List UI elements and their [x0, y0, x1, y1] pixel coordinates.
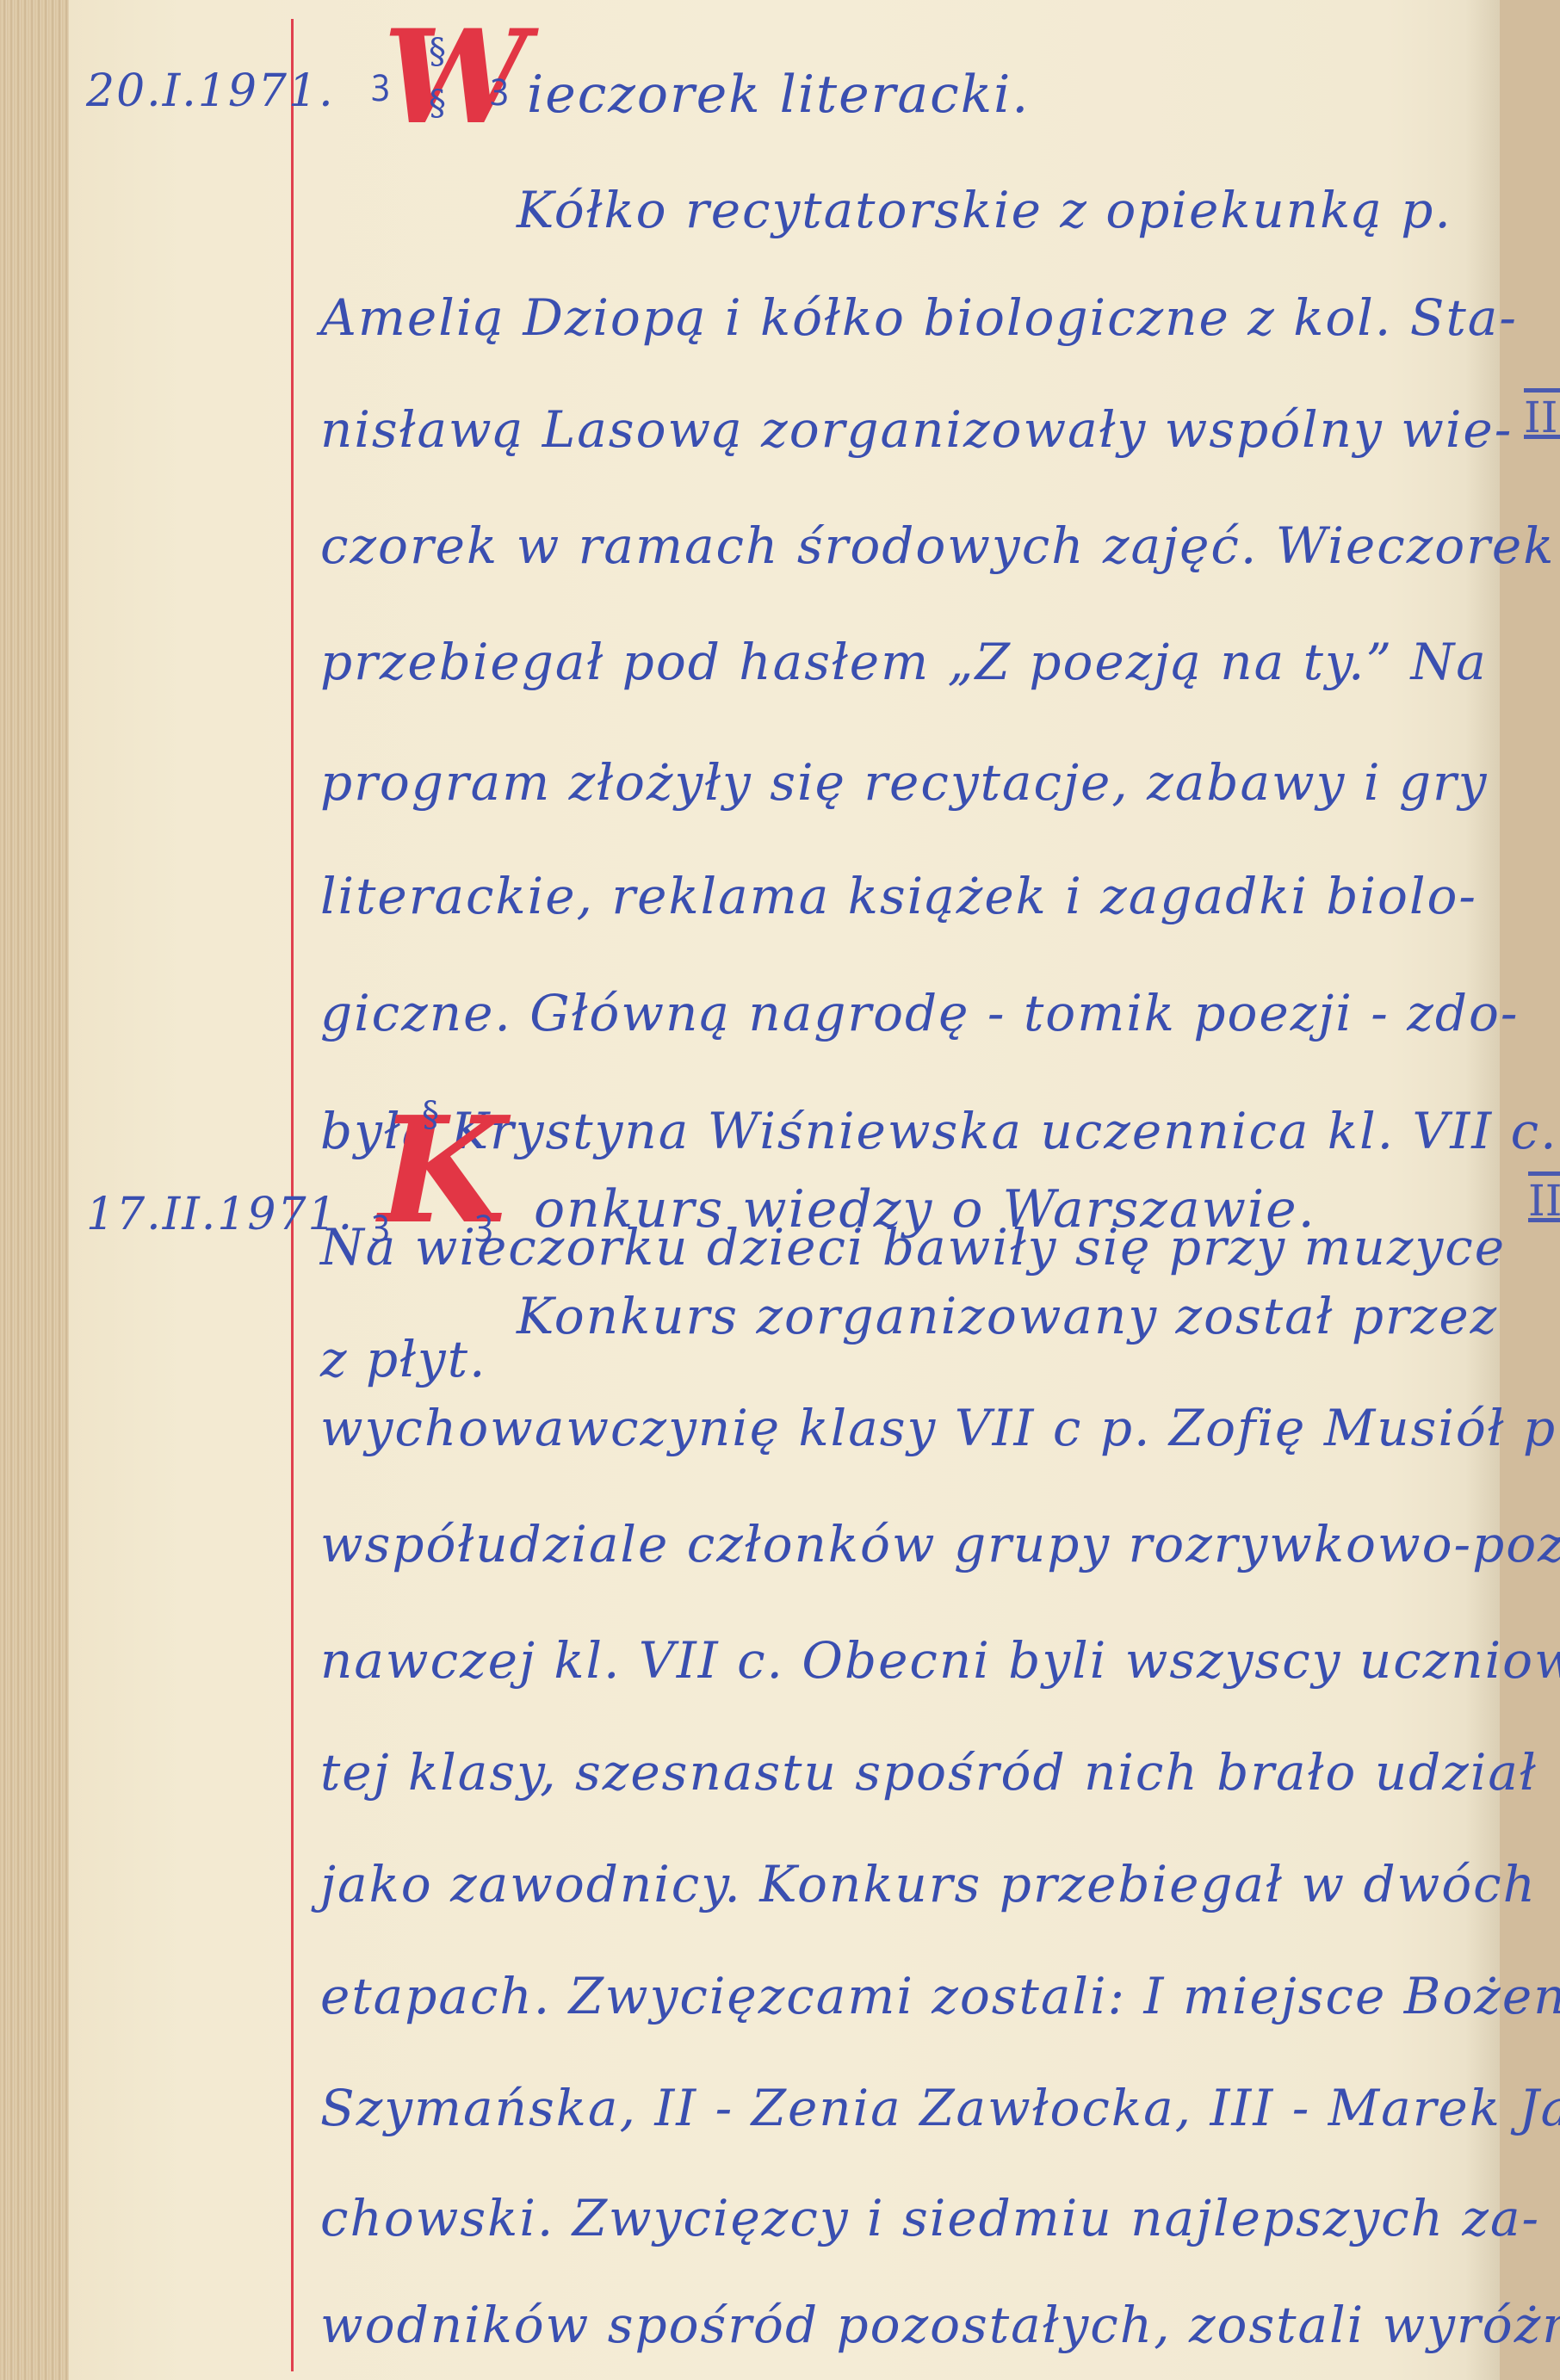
text-line: chowski. Zwycięzcy i siedmiu najlepszych… — [320, 2193, 1540, 2243]
text-line: giczne. Główną nagrodę - tomik poezji - … — [320, 988, 1519, 1038]
decorated-initial-k: K § ꝫ ꝫ — [379, 1097, 517, 1252]
text-line: współudziale członków grupy rozrywkowo-p… — [320, 1519, 1560, 1569]
text-line: tej klasy, szesnastu spośród nich brało … — [320, 1747, 1538, 1797]
flourish-icon: ꝫ — [491, 69, 508, 103]
flourish-icon: ꝫ — [372, 1205, 389, 1239]
text-line: Amelią Dziopą i kółko biologiczne z kol.… — [320, 293, 1518, 343]
text-line: Szymańska, II - Zenia Zawłocka, III - Ma… — [320, 2083, 1560, 2133]
text-line: nisławą Lasową zorganizowały wspólny wie… — [320, 405, 1513, 454]
margin-note: III. — [1528, 1179, 1560, 1222]
entry-date: 17.II.1971. — [86, 1192, 354, 1237]
text-line: literackie, reklama książek i zagadki bi… — [320, 871, 1477, 921]
text-line: przebiegał pod hasłem „Z poezją na ty.” … — [320, 637, 1488, 687]
text-line: wodników spośród pozostałych, zostali wy… — [320, 2300, 1560, 2350]
decorated-initial-w: W ꝫ § § ꝫ — [379, 17, 517, 146]
flourish-icon: § — [429, 34, 446, 69]
text-line: nawczej kl. VII c. Obecni byli wszyscy u… — [320, 1635, 1560, 1685]
text-line: Konkurs zorganizowany został przez — [517, 1291, 1498, 1341]
margin-note: III.7 — [1524, 396, 1560, 439]
entry-date: 20.I.1971. — [86, 69, 335, 114]
entry-heading: ieczorek literacki. — [527, 69, 1030, 121]
flourish-icon: § — [429, 86, 446, 121]
text-line: czorek w ramach środowych zajęć. Wieczor… — [320, 521, 1555, 571]
entry-heading: onkurs wiedzy o Warszawie. — [534, 1184, 1316, 1235]
text-line: wychowawczynię klasy VII c p. Zofię Musi… — [320, 1403, 1560, 1453]
text-line: jako zawodnicy. Konkurs przebiegał w dwó… — [320, 1859, 1537, 1909]
text-line: program złożyły się recytacje, zabawy i … — [320, 757, 1488, 807]
flourish-icon: § — [422, 1097, 439, 1132]
text-line: Kółko recytatorskie z opiekunką p. — [517, 185, 1452, 235]
flourish-icon: ꝫ — [475, 1205, 492, 1239]
flourish-icon: ꝫ — [372, 65, 389, 99]
text-line: z płyt. — [320, 1334, 486, 1384]
text-line: etapach. Zwycięzcami zostali: I miejsce … — [320, 1971, 1560, 2021]
